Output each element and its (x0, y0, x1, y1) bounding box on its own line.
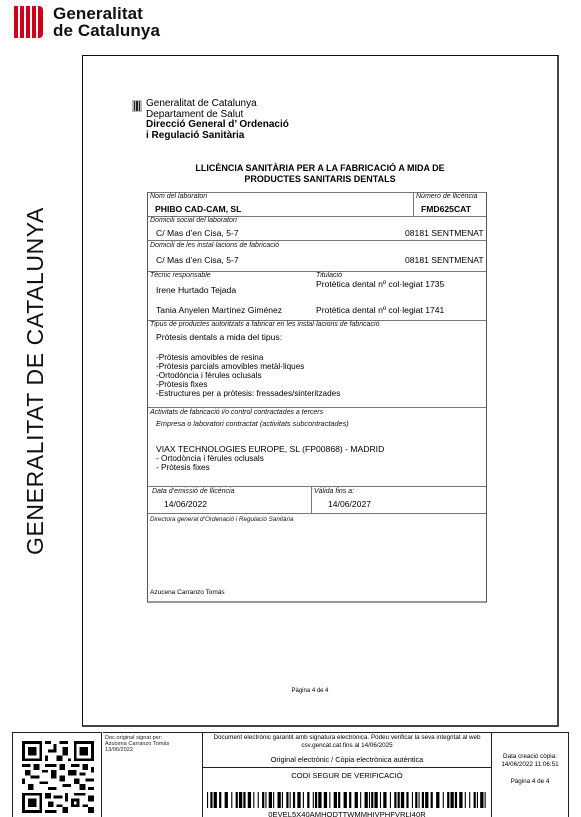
dept-line-4: i Regulació Sanitària (146, 131, 289, 142)
copy-date: 14/06/2022 11:06:51 (492, 761, 568, 769)
registered-address-street: C/ Mas d’en Cisa, 5-7 (156, 228, 239, 238)
qr-code-icon[interactable] (22, 737, 94, 817)
director-name: Azucena Carranzo Tomás (150, 588, 225, 598)
products-list: -Pròtesis amovibles de resina -Pròtesis … (156, 353, 340, 398)
side-label: GENERALITAT DE CATALUNYA (22, 185, 49, 555)
document-title: LLICÈNCIA SANITÀRIA PER A LA FABRICACIÓ … (140, 163, 500, 184)
subcontracted-label: Activitats de fabricació i/o control con… (150, 409, 323, 417)
products-intro: Pròtesis dentals a mida del tipus: (156, 332, 282, 342)
subcontracted-company: VIAX TECHNOLOGIES EUROPE, SL (FP00868) -… (156, 444, 384, 454)
guarantee-text: Document electrònic garantit amb signatu… (203, 733, 491, 749)
title-line-2: PRODUCTES SANITARIS DENTALS (140, 174, 500, 185)
products-label: Tipus de productes autoritzats a fabrica… (150, 321, 380, 329)
facility-address-street: C/ Mas d’en Cisa, 5-7 (156, 255, 239, 265)
registered-address-label: Domicili social del laboratori (150, 217, 237, 225)
generalitat-brand: Generalitat de Catalunya (14, 5, 160, 39)
license-number: FMD625CAT (421, 204, 471, 214)
brand-line-1: Generalitat (53, 5, 160, 22)
product-item: -Pròtesis parcials amovibles metàl·lique… (156, 362, 340, 371)
technician-qualification: Protètica dental nº col·legiat 1735 (316, 279, 444, 289)
verification-block: Document electrònic garantit amb signatu… (202, 732, 492, 817)
copy-meta-block: Data creació còpia: 14/06/2022 11:06:51 … (492, 732, 569, 817)
csv-code[interactable]: 0EVEL5X40AMHODTTWMMHIVPHFVRLI40R (203, 810, 491, 817)
registered-address-city: 08181 SENTMENAT (405, 228, 484, 238)
copy-type: Original electrònic / Còpia electrònica … (203, 755, 491, 767)
generalitat-small-logo-icon (132, 100, 142, 112)
signed-by-block: Doc.original signat per: Azucena Carranz… (103, 732, 202, 817)
license-number-label: Número de llicència (416, 193, 477, 201)
product-item: -Pròtesis amovibles de resina (156, 353, 340, 362)
laboratory-name: PHIBO CAD-CAM, SL (155, 204, 241, 214)
product-item: -Pròtesis fixes (156, 380, 340, 389)
brand-line-2: de Catalunya (53, 22, 160, 39)
valid-until-label: Vàlida fins a: (314, 488, 354, 496)
department-header: Generalitat de Catalunya Departament de … (132, 99, 289, 141)
title-line-1: LLICÈNCIA SANITÀRIA PER A LA FABRICACIÓ … (140, 163, 500, 174)
subcontracted-item: - Ortodòncia i fèrules oclusals (156, 454, 264, 463)
license-form: Nom del laboratori PHIBO CAD-CAM, SL Núm… (147, 192, 487, 603)
technician-qualification: Protètica dental nº col·legiat 1741 (316, 305, 444, 315)
facility-address-city: 08181 SENTMENAT (405, 255, 484, 265)
qr-code-box (12, 732, 102, 817)
subcontracted-sublabel: Empresa o laboratori contractat (activit… (156, 420, 349, 428)
verification-footer: Doc.original signat per: Azucena Carranz… (12, 732, 569, 817)
product-item: -Estructures per a pròtesis: fressades/s… (156, 389, 340, 398)
technician-name: Irene Hurtado Tejada (156, 285, 236, 295)
subcontracted-item: - Pròtesis fixes (156, 463, 264, 472)
copy-date-label: Data creació còpia: (492, 753, 568, 761)
dept-line-3: Direcció General d’ Ordenació (146, 120, 289, 131)
page-number: Pàgina 4 de 4 (260, 688, 360, 694)
technician-label: Tècnic responsable (150, 272, 211, 280)
valid-until-date: 14/06/2027 (328, 499, 371, 509)
issue-date-label: Data d’emissió de llicència (152, 488, 234, 496)
footer-page-number: Pàgina 4 de 4 (492, 778, 568, 785)
issue-date: 14/06/2022 (164, 499, 207, 509)
technician-name: Tania Anyelen Martínez Giménez (156, 305, 282, 315)
barcode-icon (207, 792, 489, 808)
csv-heading: CODI SEGUR DE VERIFICACIÓ (203, 771, 491, 780)
subcontracted-list: - Ortodòncia i fèrules oclusals - Pròtes… (156, 454, 264, 472)
dept-line-1: Generalitat de Catalunya (146, 99, 289, 110)
laboratory-label: Nom del laboratori (150, 193, 207, 201)
product-item: -Ortodòncia i fèrules oclusals (156, 371, 340, 380)
facility-address-label: Domicili de les instal·lacions de fabric… (150, 242, 279, 250)
signed-date: 13/06/2022 (105, 747, 202, 753)
director-label: Directora general d’Ordenació i Regulaci… (150, 516, 294, 524)
generalitat-logo-icon (14, 6, 44, 38)
